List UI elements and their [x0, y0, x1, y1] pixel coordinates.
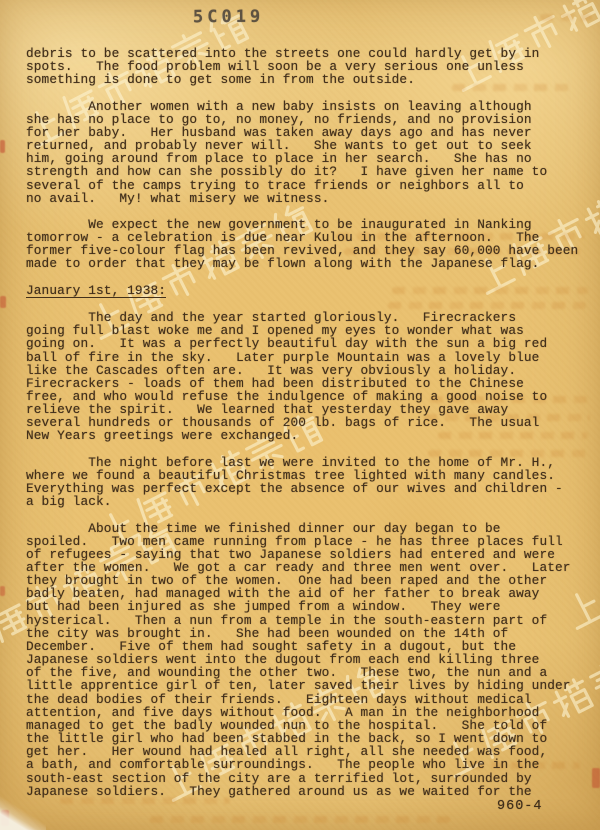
- paragraph: debris to be scattered into the streets …: [26, 47, 592, 86]
- date-heading: January 1st, 1938:: [26, 284, 592, 298]
- bleedthrough-mark: [150, 816, 450, 823]
- bleedthrough-mark: [540, 14, 592, 21]
- paragraph: We expect the new government to be inaug…: [26, 218, 592, 271]
- paragraph: The day and the year started gloriously.…: [26, 311, 592, 443]
- document-page: 5C019 debris to be scattered into the st…: [0, 0, 600, 830]
- red-edge-mark: [0, 140, 5, 153]
- archive-stamp: 5C019: [193, 7, 264, 28]
- paragraph: The night before last we were invited to…: [26, 456, 592, 509]
- paragraph: Another women with a new baby insists on…: [26, 100, 592, 205]
- date-heading-text: January 1st, 1938:: [26, 284, 166, 298]
- red-edge-mark: [0, 586, 5, 596]
- red-edge-mark: [0, 296, 6, 308]
- document-text: debris to be scattered into the streets …: [26, 47, 592, 811]
- page-number: 960-4: [497, 799, 543, 814]
- red-edge-mark: [1, 810, 9, 826]
- red-edge-mark: [592, 768, 600, 788]
- paragraph: About the time we finished dinner our da…: [26, 522, 592, 798]
